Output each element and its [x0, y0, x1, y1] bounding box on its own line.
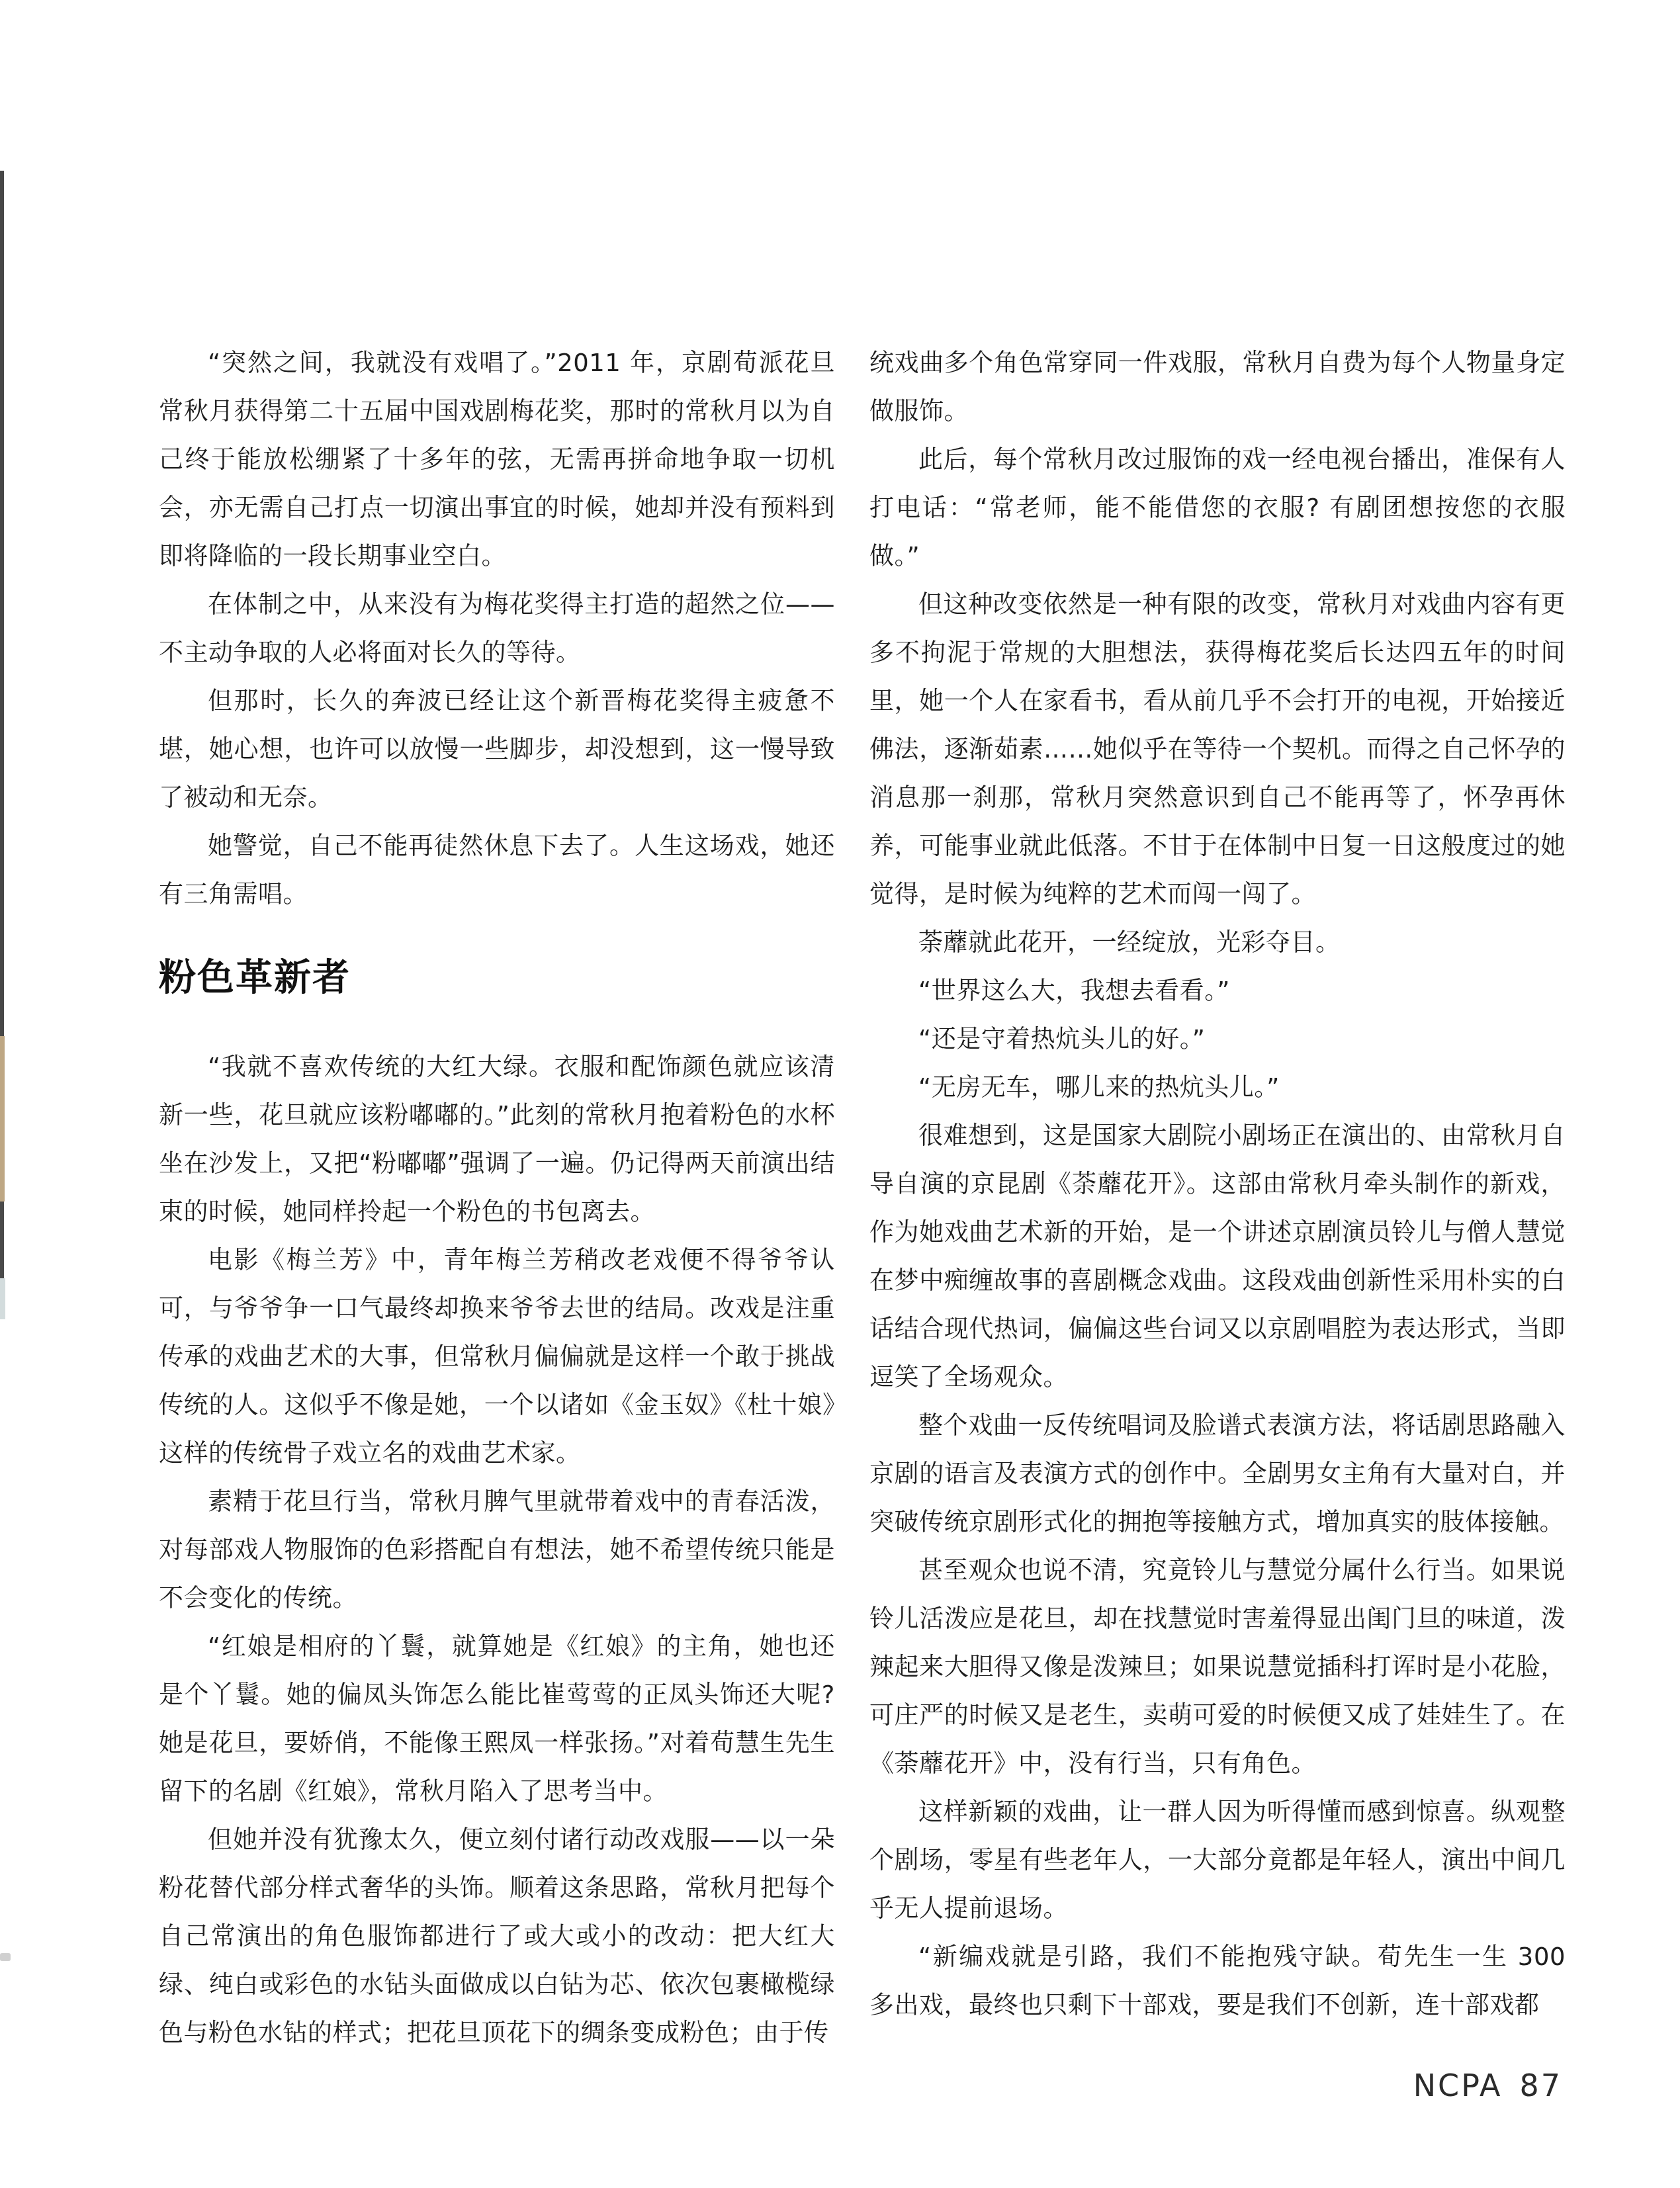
scan-edge-smudge [0, 1278, 5, 1319]
paragraph: 甚至观众也说不清，究竟铃儿与慧觉分属什么行当。如果说铃儿活泼应是花旦，却在找慧觉… [869, 1546, 1566, 1788]
article-body: “突然之间，我就没有戏唱了。”2011 年，京剧荀派花旦常秋月获得第二十五届中国… [159, 339, 1566, 2057]
scan-edge-tan-strip [0, 1036, 5, 1202]
paragraph: 在体制之中，从来没有为梅花奖得主打造的超然之位——不主动争取的人必将面对长久的等… [159, 580, 835, 677]
paragraph: 但她并没有犹豫太久，便立刻付诸行动改戏服——以一朵粉花替代部分样式奢华的头饰。顺… [159, 1816, 835, 2057]
magazine-page: “突然之间，我就没有戏唱了。”2011 年，京剧荀派花旦常秋月获得第二十五届中国… [0, 0, 1680, 2188]
paragraph: 电影《梅兰芳》中，青年梅兰芳稍改老戏便不得爷爷认可，与爷爷争一口气最终却换来爷爷… [159, 1236, 835, 1477]
paragraph: 很难想到，这是国家大剧院小剧场正在演出的、由常秋月自导自演的京昆剧《荼蘼花开》。… [869, 1112, 1566, 1401]
paragraph: “世界这么大，我想去看看。” [869, 967, 1566, 1015]
section-heading: 粉色革新者 [159, 957, 835, 999]
paragraph: “突然之间，我就没有戏唱了。”2011 年，京剧荀派花旦常秋月获得第二十五届中国… [159, 339, 835, 580]
paragraph: 统戏曲多个角色常穿同一件戏服，常秋月自费为每个人物量身定做服饰。 [869, 339, 1566, 435]
paragraph: 这样新颖的戏曲，让一群人因为听得懂而感到惊喜。纵观整个剧场，零星有些老年人，一大… [869, 1788, 1566, 1933]
scan-edge-line-bottom [0, 1202, 4, 1278]
paragraph: 素精于花旦行当，常秋月脾气里就带着戏中的青春活泼，对每部戏人物服饰的色彩搭配自有… [159, 1477, 835, 1622]
left-column: “突然之间，我就没有戏唱了。”2011 年，京剧荀派花旦常秋月获得第二十五届中国… [159, 339, 835, 2057]
page-footer: NCPA87 [1413, 2068, 1562, 2103]
paragraph: 荼蘼就此花开，一经绽放，光彩夺目。 [869, 918, 1566, 967]
paragraph: 但那时，长久的奔波已经让这个新晋梅花奖得主疲惫不堪，她心想，也许可以放慢一些脚步… [159, 677, 835, 822]
right-column: 统戏曲多个角色常穿同一件戏服，常秋月自费为每个人物量身定做服饰。此后，每个常秋月… [869, 339, 1566, 2057]
journal-name: NCPA [1413, 2068, 1503, 2103]
paragraph: “还是守着热炕头儿的好。” [869, 1015, 1566, 1063]
paragraph: “新编戏就是引路，我们不能抱残守缺。荀先生一生 300 多出戏，最终也只剩下十部… [869, 1933, 1566, 2029]
paragraph: 此后，每个常秋月改过服饰的戏一经电视台播出，准保有人打电话：“常老师，能不能借您… [869, 435, 1566, 580]
paragraph: 但这种改变依然是一种有限的改变，常秋月对戏曲内容有更多不拘泥于常规的大胆想法，获… [869, 580, 1566, 918]
scan-edge-line-top [0, 171, 4, 1036]
paragraph: 整个戏曲一反传统唱词及脸谱式表演方法，将话剧思路融入京剧的语言及表演方式的创作中… [869, 1401, 1566, 1546]
paragraph: “我就不喜欢传统的大红大绿。衣服和配饰颜色就应该清新一些，花旦就应该粉嘟嘟的。”… [159, 1043, 835, 1236]
paragraph: “红娘是相府的丫鬟，就算她是《红娘》的主角，她也还是个丫鬟。她的偏凤头饰怎么能比… [159, 1622, 835, 1816]
paragraph: “无房无车，哪儿来的热炕头儿。” [869, 1063, 1566, 1112]
paragraph: 她警觉，自己不能再徒然休息下去了。人生这场戏，她还有三角需唱。 [159, 822, 835, 918]
scan-edge-dot [0, 1953, 11, 1961]
page-number: 87 [1519, 2068, 1562, 2103]
